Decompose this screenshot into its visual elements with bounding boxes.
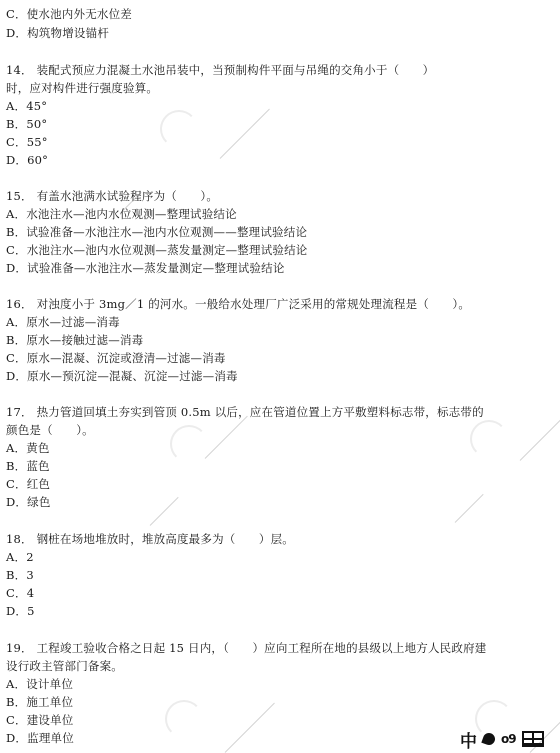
option-text: 3 (26, 568, 34, 582)
option-label: B． (6, 331, 26, 349)
option-q18-c: C．4 (6, 584, 34, 602)
option-q14-c: C．55° (6, 133, 48, 151)
option-q15-c: C．水池注水—池内水位观测—蒸发量测定—整理试验结论 (6, 241, 308, 259)
option-text: 施工单位 (26, 695, 73, 709)
option-text: 绿色 (27, 495, 50, 509)
question-15-stem: 15． 有盖水池满水试验程序为（ ）。 (6, 187, 218, 205)
option-q17-d: D．绿色 (6, 493, 51, 511)
option-label: B． (6, 693, 26, 711)
option-q15-d: D．试验准备—水池注水—蒸发量测定—整理试验结论 (6, 259, 285, 277)
option-text: 原水—过滤—消毒 (26, 315, 120, 329)
question-17-stem: 17． 热力管道回填土夯实到管顶 0.5m 以后，应在管道位置上方平敷塑料标志带… (6, 403, 484, 421)
option-text: 构筑物增设锚杆 (27, 26, 109, 40)
option-label: C． (6, 475, 27, 493)
option-q16-a: A．原水—过滤—消毒 (6, 313, 120, 331)
option-label: C． (6, 5, 27, 23)
question-18-stem: 18． 钢桩在场地堆放时，堆放高度最多为（ ）层。 (6, 530, 294, 548)
option-q16-d: D．原水—预沉淀—混凝、沉淀—过滤—消毒 (6, 367, 238, 385)
option-text: 水池注水—池内水位观测—蒸发量测定—整理试验结论 (27, 243, 308, 257)
question-17-stem-cont: 颜色是（ ）。 (6, 421, 94, 439)
option-label: B． (6, 223, 26, 241)
footer-logo: 中 o9 (460, 729, 544, 749)
option-q14-d: D．60° (6, 151, 48, 169)
option-label: A． (6, 548, 26, 566)
option-text: 45° (26, 99, 47, 113)
question-14-stem: 14． 装配式预应力混凝土水池吊装中，当预制构件平面与吊绳的交角小于（ ） (6, 61, 434, 79)
option-label: A． (6, 97, 26, 115)
option-text: 4 (27, 586, 35, 600)
option-text: 50° (26, 117, 47, 131)
option-label: A． (6, 675, 26, 693)
option-q16-b: B．原水—接触过滤—消毒 (6, 331, 143, 349)
option-label: A． (6, 313, 26, 331)
option-text: 试验准备—水池注水—池内水位观测——整理试验结论 (26, 225, 307, 239)
moon-icon (481, 731, 496, 746)
option-q14-b: B．50° (6, 115, 47, 133)
watermark-line (150, 497, 179, 526)
logo-zhong-glyph: 中 (460, 727, 477, 752)
question-19-stem: 19． 工程竣工验收合格之日起 15 日内，（ ）应向工程所在地的县级以上地方人… (6, 639, 486, 657)
option-q15-a: A．水池注水—池内水位观测—整理试验结论 (6, 205, 237, 223)
option-text: 原水—接触过滤—消毒 (26, 333, 143, 347)
option-label: D． (6, 602, 27, 620)
option-q18-d: D．5 (6, 602, 35, 620)
option-text: 使水池内外无水位差 (27, 7, 132, 21)
watermark-line (225, 703, 275, 753)
option-label: D． (6, 367, 27, 385)
option-label: C． (6, 349, 27, 367)
option-q16-c: C．原水—混凝、沉淀或澄清—过滤—消毒 (6, 349, 226, 367)
option-text: 蓝色 (26, 459, 49, 473)
grid-icon (522, 731, 544, 747)
option-q17-c: C．红色 (6, 475, 50, 493)
option-q19-d: D．监理单位 (6, 729, 74, 747)
option-text: 红色 (27, 477, 50, 491)
option-q19-c: C．建设单位 (6, 711, 74, 729)
watermark-line (455, 494, 484, 523)
watermark-line (205, 416, 248, 459)
option-text: 55° (27, 135, 48, 149)
question-16-stem: 16． 对浊度小于 3mg／1 的河水。一般给水处理厂广泛采用的常规处理流程是（… (6, 295, 470, 313)
option-q17-a: A．黄色 (6, 439, 50, 457)
option-q17-b: B．蓝色 (6, 457, 50, 475)
option-text: 试验准备—水池注水—蒸发量测定—整理试验结论 (27, 261, 284, 275)
watermark-swirl-icon (160, 110, 198, 148)
option-q15-b: B．试验准备—水池注水—池内水位观测——整理试验结论 (6, 223, 307, 241)
option-text: 水池注水—池内水位观测—整理试验结论 (26, 207, 237, 221)
option-label: B． (6, 457, 26, 475)
option-label: B． (6, 115, 26, 133)
option-label: D． (6, 259, 27, 277)
option-text: 5 (27, 604, 35, 618)
option-text: 原水—预沉淀—混凝、沉淀—过滤—消毒 (27, 369, 238, 383)
option-label: D． (6, 24, 27, 42)
option-label: A． (6, 439, 26, 457)
option-text: 监理单位 (27, 731, 74, 745)
option-text: 2 (26, 550, 34, 564)
option-text: 黄色 (26, 441, 49, 455)
option-label: B． (6, 566, 26, 584)
option-q18-a: A．2 (6, 548, 34, 566)
option-label: D． (6, 493, 27, 511)
option-q19-a: A．设计单位 (6, 675, 73, 693)
option-text: 原水—混凝、沉淀或澄清—过滤—消毒 (27, 351, 226, 365)
document-page: C．使水池内外无水位差 D．构筑物增设锚杆 14． 装配式预应力混凝土水池吊装中… (0, 0, 560, 753)
option-label: D． (6, 151, 27, 169)
option-text: 建设单位 (27, 713, 74, 727)
option-label: C． (6, 584, 27, 602)
option-q14-a: A．45° (6, 97, 47, 115)
watermark-line (520, 418, 560, 461)
question-19-stem-cont: 设行政主管部门备案。 (6, 657, 123, 675)
watermark-line (220, 109, 270, 159)
option-label: C． (6, 133, 27, 151)
option-text: 设计单位 (26, 677, 73, 691)
option-label: A． (6, 205, 26, 223)
watermark-swirl-icon (170, 425, 208, 463)
option-text: 60° (27, 153, 48, 167)
option-q13-c: C．使水池内外无水位差 (6, 5, 132, 23)
watermark-swirl-icon (470, 420, 508, 458)
option-label: D． (6, 729, 27, 747)
logo-dots: o9 (501, 732, 516, 746)
option-q19-b: B．施工单位 (6, 693, 73, 711)
question-14-stem-cont: 时，应对构件进行强度验算。 (6, 79, 158, 97)
option-q18-b: B．3 (6, 566, 34, 584)
option-label: C． (6, 241, 27, 259)
watermark-swirl-icon (165, 700, 203, 738)
option-label: C． (6, 711, 27, 729)
option-q13-d: D．构筑物增设锚杆 (6, 24, 109, 42)
